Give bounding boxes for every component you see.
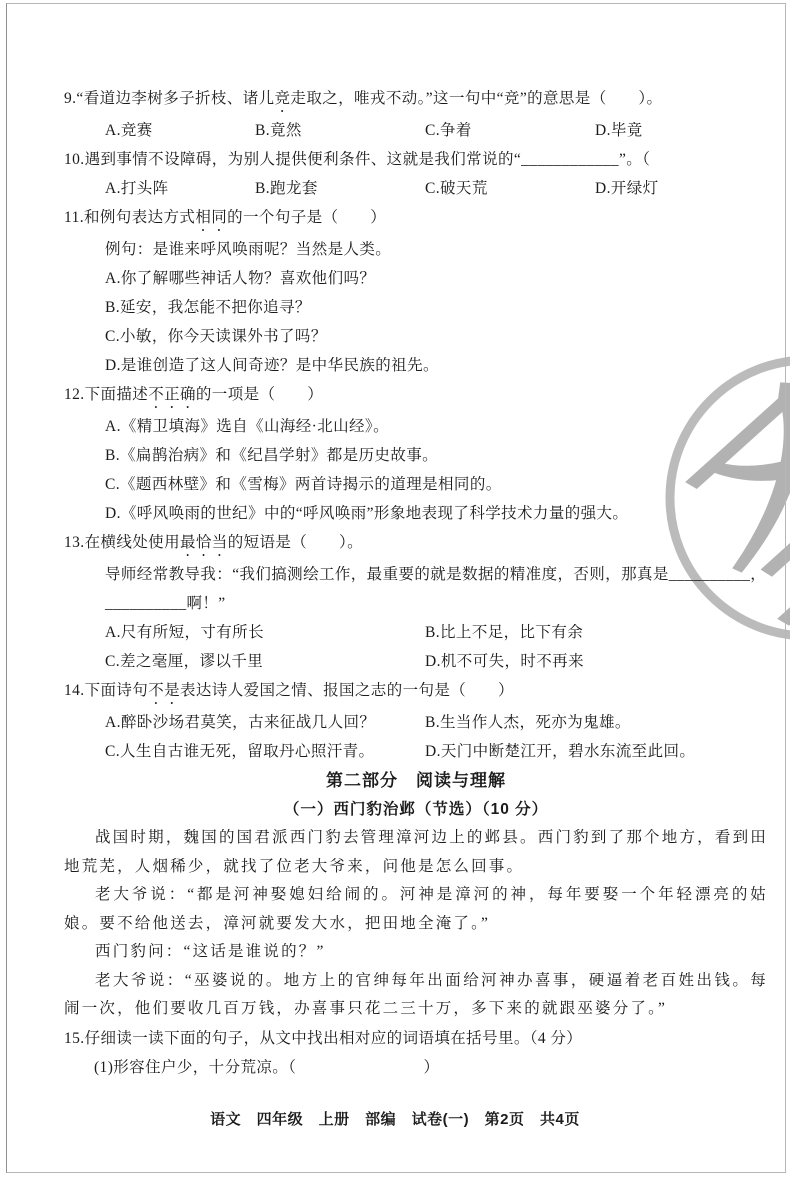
- question-14-stem: 14.下面诗句不是表达诗人爱国之情、报国之志的一句是（ ）: [64, 676, 768, 708]
- passage-paragraph: 老大爷说：“巫婆说的。地方上的官绅每年出面给河神办喜事，硬逼着老百姓出钱。每闹一…: [64, 967, 768, 1024]
- option-a: A.《精卫填海》选自《山海经·北山经》。: [64, 412, 768, 441]
- page-footer: 语文 四年级 上册 部编 试卷(一) 第2页 共4页: [0, 1108, 790, 1129]
- question-11: 11.和例句表达方式相同的一个句子是（ ） 例句：是谁来呼风唤雨呢？当然是人类。…: [64, 203, 768, 380]
- option-d: D.开绿灯: [595, 174, 768, 203]
- question-13-sentence-cont: __________啊！”: [64, 589, 768, 618]
- text-segment: 14.下面诗句: [64, 682, 148, 699]
- option-b: B.生当作人杰，死亦为鬼雄。: [425, 708, 768, 737]
- emphasized-text: 不正确: [148, 386, 196, 403]
- question-15: 15.仔细读一读下面的句子，从文中找出相对应的词语填在括号里。（4 分） (1)…: [64, 1024, 768, 1082]
- passage-title: （一）西门豹治邺（节选）（10 分）: [64, 795, 768, 824]
- question-9: 9.“看道边李树多子折枝、诸儿竞走取之，唯戎不动。”这一句中“竞”的意思是（ ）…: [64, 84, 768, 145]
- question-13-stem: 13.在横线处使用最恰当的短语是（ ）。: [64, 528, 768, 560]
- emphasized-text: 最恰当: [180, 534, 228, 551]
- question-13-options-row-2: C.差之毫厘，谬以千里 D.机不可失，时不再来: [64, 647, 768, 676]
- question-10-options: A.打头阵 B.跑龙套 C.破天荒 D.开绿灯: [64, 174, 768, 203]
- option-c: C.争着: [425, 116, 595, 145]
- question-13: 13.在横线处使用最恰当的短语是（ ）。 导师经常教导我：“我们搞测绘工作，最重…: [64, 528, 768, 676]
- option-c: C.小敏，你今天读课外书了吗？: [64, 322, 768, 351]
- text-segment: 的一项是（ ）: [196, 386, 323, 403]
- passage-paragraph: 老大爷说：“都是河神娶媳妇给闹的。河神是漳河的神，每年要娶一个年轻漂亮的姑娘。要…: [64, 881, 768, 938]
- text-segment: 10.遇到事情不设障碍，为别人提供便利条件、这就是我们常说的“_________…: [64, 151, 650, 168]
- text-segment: 9.“看道边李树多子折枝、诸儿: [64, 90, 275, 107]
- option-d: D.毕竟: [595, 116, 768, 145]
- text-segment: 12.下面描述: [64, 386, 148, 403]
- option-b: B.比上不足，比下有余: [425, 618, 768, 647]
- option-c: C.破天荒: [425, 174, 595, 203]
- question-11-example: 例句：是谁来呼风唤雨呢？当然是人类。: [64, 235, 768, 264]
- paper-body: 9.“看道边李树多子折枝、诸儿竞走取之，唯戎不动。”这一句中“竞”的意思是（ ）…: [64, 84, 768, 1082]
- option-c: C.《题西林壁》和《雪梅》两首诗揭示的道理是相同的。: [64, 470, 768, 499]
- option-a: A.打头阵: [105, 174, 255, 203]
- passage-paragraph: 西门豹问：“这话是谁说的？”: [64, 938, 768, 967]
- option-d: D.天门中断楚江开，碧水东流至此回。: [425, 737, 768, 766]
- option-a: A.尺有所短，寸有所长: [105, 618, 425, 647]
- option-b: B.延安，我怎能不把你追寻？: [64, 293, 768, 322]
- option-d: D.机不可失，时不再来: [425, 647, 768, 676]
- question-9-stem: 9.“看道边李树多子折枝、诸儿竞走取之，唯戎不动。”这一句中“竞”的意思是（ ）…: [64, 84, 768, 116]
- option-d: D.《呼风唤雨的世纪》中的“呼风唤雨”形象地表现了科学技术力量的强大。: [64, 499, 768, 528]
- text-segment: 走取之，唯戎不动。”这一句中“竞”的意思是（ ）。: [290, 90, 662, 107]
- question-10-stem: 10.遇到事情不设障碍，为别人提供便利条件、这就是我们常说的“_________…: [64, 145, 768, 174]
- question-13-options-row-1: A.尺有所短，寸有所长 B.比上不足，比下有余: [64, 618, 768, 647]
- text-segment: 13.在横线处使用: [64, 534, 180, 551]
- question-13-sentence: 导师经常教导我：“我们搞测绘工作，最重要的就是数据的精准度，否则，那真是____…: [64, 560, 768, 589]
- emphasized-text: 相同: [195, 209, 227, 226]
- option-d: D.是谁创造了这人间奇迹？是中华民族的祖先。: [64, 351, 768, 380]
- option-c: C.差之毫厘，谬以千里: [105, 647, 425, 676]
- passage-paragraph: 战国时期，魏国的国君派西门豹去管理漳河边上的邺县。西门豹到了那个地方，看到田地荒…: [64, 824, 768, 881]
- section-heading: 第二部分 阅读与理解: [64, 766, 768, 795]
- question-11-stem: 11.和例句表达方式相同的一个句子是（ ）: [64, 203, 768, 235]
- question-12-stem: 12.下面描述不正确的一项是（ ）: [64, 380, 768, 412]
- text-segment: 表达诗人爱国之情、报国之志的一句是（ ）: [180, 682, 514, 699]
- option-b: B.《扁鹊治病》和《纪昌学射》都是历史故事。: [64, 441, 768, 470]
- option-b: B.跑龙套: [255, 174, 425, 203]
- option-c: C.人生自古谁无死，留取丹心照汗青。: [105, 737, 425, 766]
- question-12: 12.下面描述不正确的一项是（ ） A.《精卫填海》选自《山海经·北山经》。 B…: [64, 380, 768, 528]
- question-14-options-row-2: C.人生自古谁无死，留取丹心照汗青。 D.天门中断楚江开，碧水东流至此回。: [64, 737, 768, 766]
- text-segment: 的短语是（ ）。: [228, 534, 363, 551]
- emphasized-text: 竞: [275, 90, 291, 107]
- question-14: 14.下面诗句不是表达诗人爱国之情、报国之志的一句是（ ） A.醉卧沙场君莫笑，…: [64, 676, 768, 766]
- text-segment: 的一个句子是（ ）: [227, 209, 386, 226]
- option-a: A.醉卧沙场君莫笑，古来征战几人回？: [105, 708, 425, 737]
- option-a: A.竞赛: [105, 116, 255, 145]
- reading-passage: 战国时期，魏国的国君派西门豹去管理漳河边上的邺县。西门豹到了那个地方，看到田地荒…: [64, 824, 768, 1024]
- option-a: A.你了解哪些神话人物？喜欢他们吗？: [64, 264, 768, 293]
- question-9-options: A.竞赛 B.竟然 C.争着 D.毕竟: [64, 116, 768, 145]
- emphasized-text: 不是: [148, 682, 180, 699]
- question-15-stem: 15.仔细读一读下面的句子，从文中找出相对应的词语填在括号里。（4 分）: [64, 1024, 768, 1053]
- exam-paper-page: 圣 9.“看道边李树多子折枝、诸儿竞走取之，唯戎不动。”这一句中“竞”的意思是（…: [0, 0, 790, 1177]
- question-10: 10.遇到事情不设障碍，为别人提供便利条件、这就是我们常说的“_________…: [64, 145, 768, 203]
- question-14-options-row-1: A.醉卧沙场君莫笑，古来征战几人回？ B.生当作人杰，死亦为鬼雄。: [64, 708, 768, 737]
- option-b: B.竟然: [255, 116, 425, 145]
- text-segment: 11.和例句表达方式: [64, 209, 195, 226]
- question-15-item-1: (1)形容住户少，十分荒凉。（ ）: [64, 1053, 768, 1082]
